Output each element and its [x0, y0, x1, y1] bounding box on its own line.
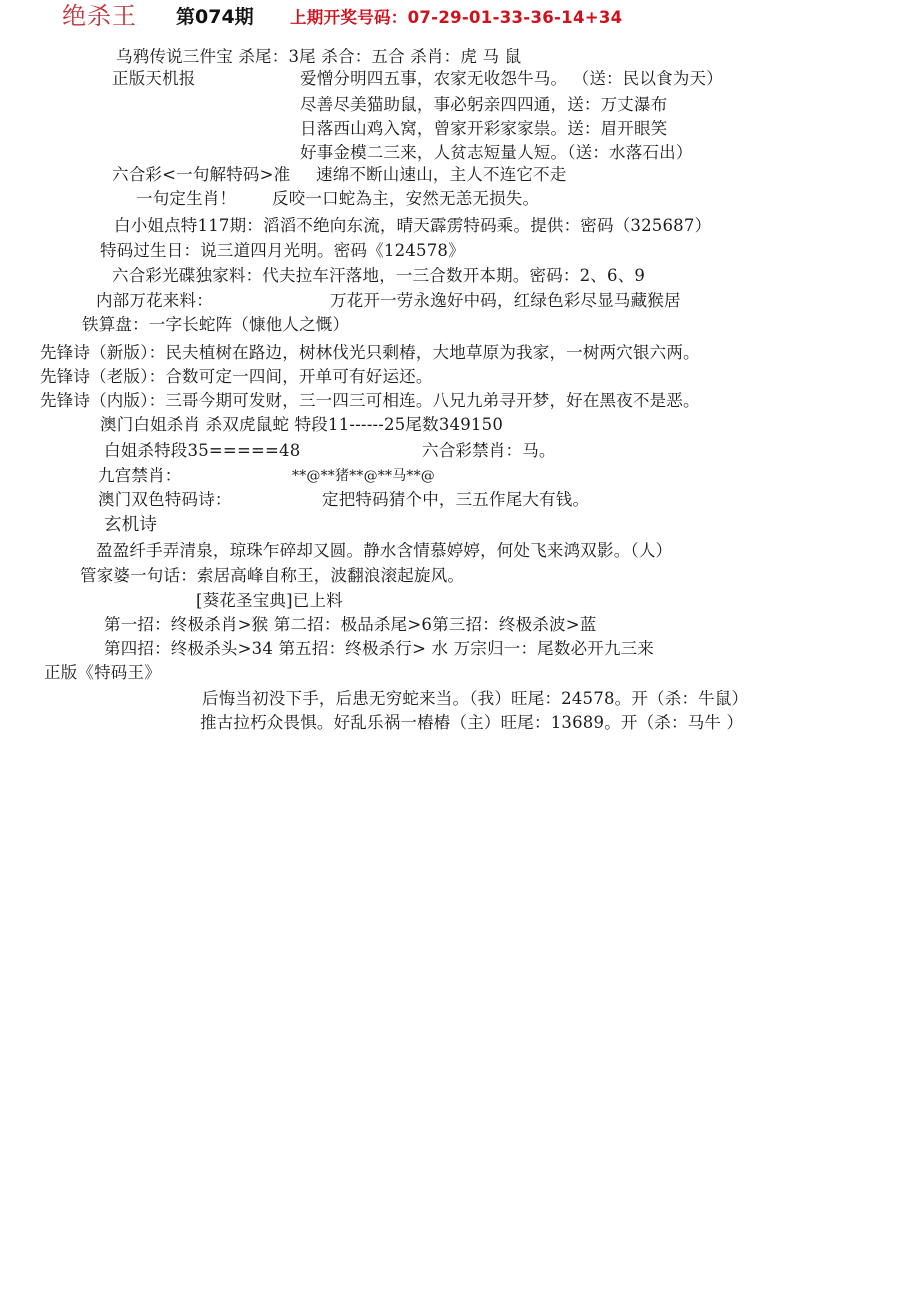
brand-title: 绝杀王	[62, 0, 137, 32]
last-result-label: 上期开奖号码：	[290, 8, 408, 27]
nine-palace-value: **@**猪**@**马**@	[292, 465, 435, 487]
tianji-label: 正版天机报	[112, 68, 196, 90]
tema-king-verse-2: 推古拉朽众畏惧。好乱乐祸一樁樁（主）旺尾：13689。开（杀：马牛 ）	[200, 712, 743, 734]
one-line-code-verse: 速绵不断山速山，主人不连它不走	[316, 164, 567, 186]
housekeeper-line: 管家婆一句话：索居高峰自称王，波翻浪滚起旋风。	[80, 565, 464, 587]
forbidden-zodiac: 六合彩禁肖：马。	[422, 440, 556, 462]
tianji-verse-3: 日落西山鸡入窝，曾家开彩家家祟。送：眉开眼笑	[300, 118, 667, 140]
tianji-verse-2: 尽善尽美猫助鼠，事必躬亲四四通，送：万丈瀑布	[300, 94, 667, 116]
issue-number: 第074期	[176, 4, 254, 30]
tianji-verse-4: 好事金模二三来，人贫志短量人短。（送：水落石出）	[300, 142, 693, 164]
mystery-poem-verse: 盈盈纤手弄清泉，琼珠乍碎却又圆。静水含情慕婷婷，何处飞来鸿双影。（人）	[96, 540, 672, 562]
macau-double-color-label: 澳门双色特码诗：	[98, 489, 232, 511]
zodiac-verse: 反咬一口蛇為主，安然无恙无损失。	[272, 188, 539, 210]
pioneer-poem-inner: 先锋诗（内版）：三哥今期可发财，三一四三可相连。八兄九弟寻开梦，好在黑夜不是恶。	[40, 390, 700, 412]
pioneer-poem-old: 先锋诗（老版）：合数可定一四间，开单可有好运还。	[40, 366, 433, 388]
pioneer-poem-new: 先锋诗（新版）：民夫植树在路边，树林伐光只剩椿，大地草原为我家，一树两穴银六两。	[40, 342, 700, 364]
baijie-segment: 白姐杀特段35=====48	[104, 440, 300, 462]
one-line-code-label: 六合彩<一句解特码>准	[112, 164, 290, 186]
abacus-line: 铁算盘：一字长蛇阵（慷他人之慨）	[82, 314, 349, 336]
macau-double-color-verse: 定把特码猜个中，三五作尾大有钱。	[322, 489, 589, 511]
zodiac-label: 一句定生肖！	[136, 188, 236, 210]
moves-line-2: 第四招：终极杀头>34 第五招：终极杀行> 水 万宗归一：尾数必开九三来	[104, 638, 654, 660]
macau-baijie-line: 澳门白姐杀肖 杀双虎鼠蛇 特段11------25尾数349150	[100, 414, 503, 436]
wanhua-verse: 万花开一劳永逸好中码，红绿色彩尽显马藏猴居	[330, 290, 681, 312]
baixiaojie-line: 白小姐点特117期：滔滔不绝向东流，晴天霹雳特码乘。提供：密码（325687）	[114, 215, 711, 237]
moves-line-1: 第一招：终极杀肖>猴 第二招：极品杀尾>6第三招：终极杀波>蓝	[104, 614, 596, 636]
mystery-poem-title: 玄机诗	[104, 514, 157, 536]
sunflower-title: [葵花圣宝典]已上料	[196, 590, 343, 612]
wanhua-label: 内部万花来料：	[96, 290, 213, 312]
birthday-line: 特码过生日：说三道四月光明。密码《124578》	[100, 240, 465, 262]
tema-king-verse-1: 后悔当初没下手，后患无穷蛇来当。（我）旺尾：24578。开（杀：牛鼠）	[202, 688, 748, 710]
tianji-verse-1: 爱憎分明四五事，农家无收怨牛马。 （送：民以食为天）	[300, 68, 723, 90]
tema-king-title: 正版《特码王》	[44, 662, 161, 684]
disc-exclusive-line: 六合彩光碟独家料：代夫拉车汗落地，一三合数开本期。密码：2、6、9	[112, 265, 645, 287]
last-result: 上期开奖号码：07-29-01-33-36-14+34	[290, 6, 622, 30]
crow-legend-line: 乌鸦传说三件宝 杀尾：3尾 杀合：五合 杀肖：虎 马 鼠	[116, 46, 521, 68]
nine-palace-label: 九宫禁肖：	[98, 465, 182, 487]
last-result-numbers: 07-29-01-33-36-14+34	[408, 8, 623, 27]
